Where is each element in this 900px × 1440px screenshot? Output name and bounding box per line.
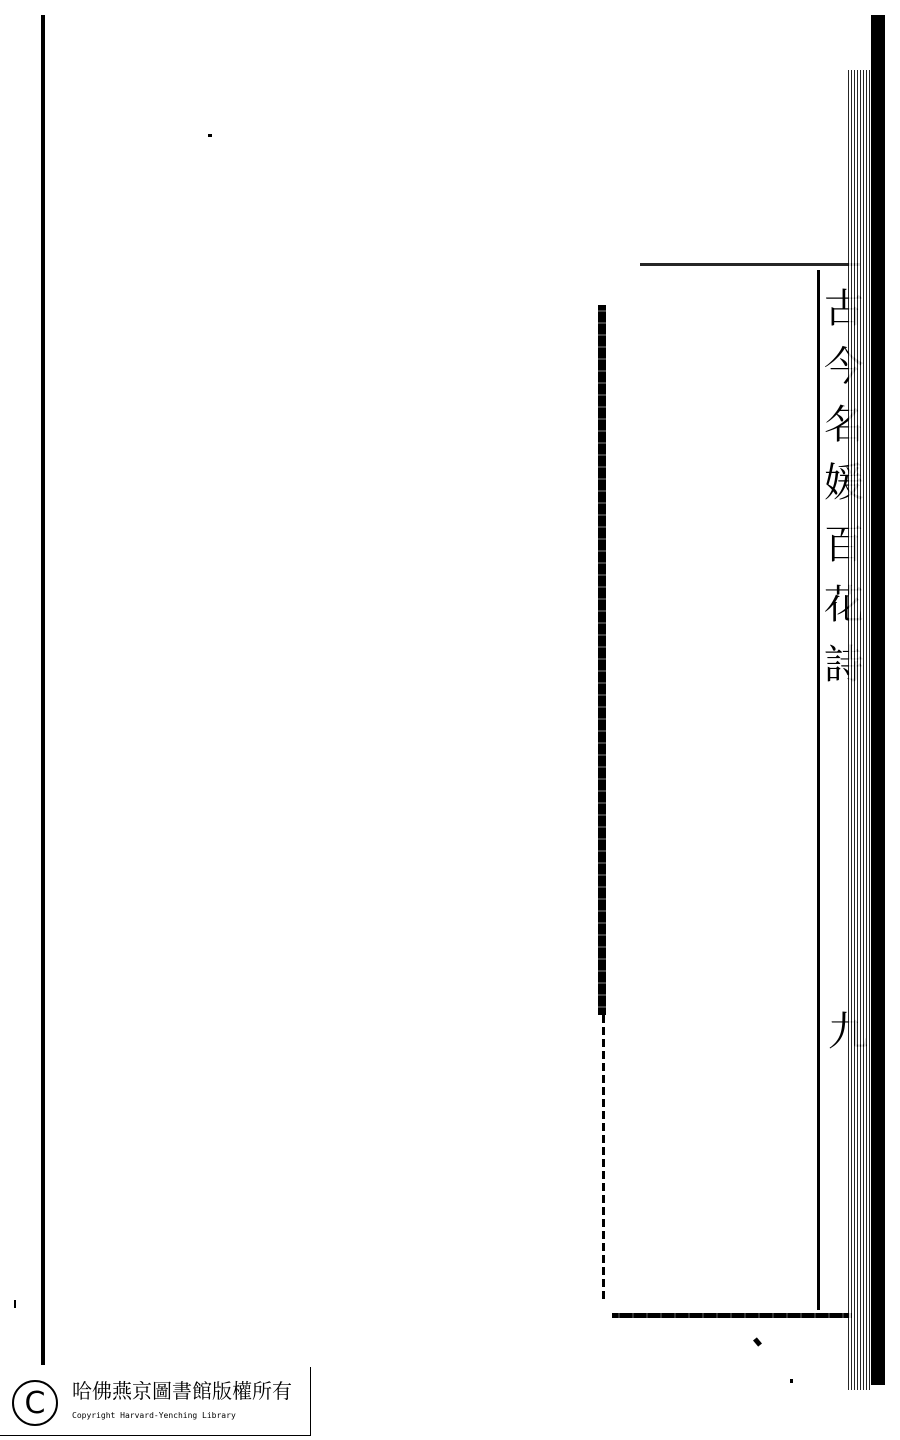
copyright-english-text: Copyright Harvard-Yenching Library <box>72 1411 236 1420</box>
label-frame-left-border-lower <box>602 1015 605 1300</box>
left-page-edge-rule <box>41 15 45 1365</box>
scan-speck <box>208 134 212 137</box>
label-frame-bottom-border <box>612 1313 852 1318</box>
scanned-page: 古 今 名 媛 百 花 詩 九 C 哈佛燕京圖書館版權所有 Copyright … <box>0 0 900 1440</box>
label-frame-left-border <box>598 305 606 1015</box>
book-spine-texture <box>848 70 872 1390</box>
copyright-chinese-text: 哈佛燕京圖書館版權所有 <box>72 1375 292 1404</box>
scan-speck <box>753 1337 762 1346</box>
label-frame-inner-right-border <box>817 270 820 1310</box>
scan-speck <box>14 1300 16 1308</box>
scan-speck <box>790 1379 793 1383</box>
copyright-notice: C 哈佛燕京圖書館版權所有 Copyright Harvard-Yenching… <box>0 1367 311 1436</box>
copyright-icon: C <box>12 1380 58 1426</box>
label-frame-top-border <box>640 263 860 266</box>
book-spine <box>871 15 885 1385</box>
